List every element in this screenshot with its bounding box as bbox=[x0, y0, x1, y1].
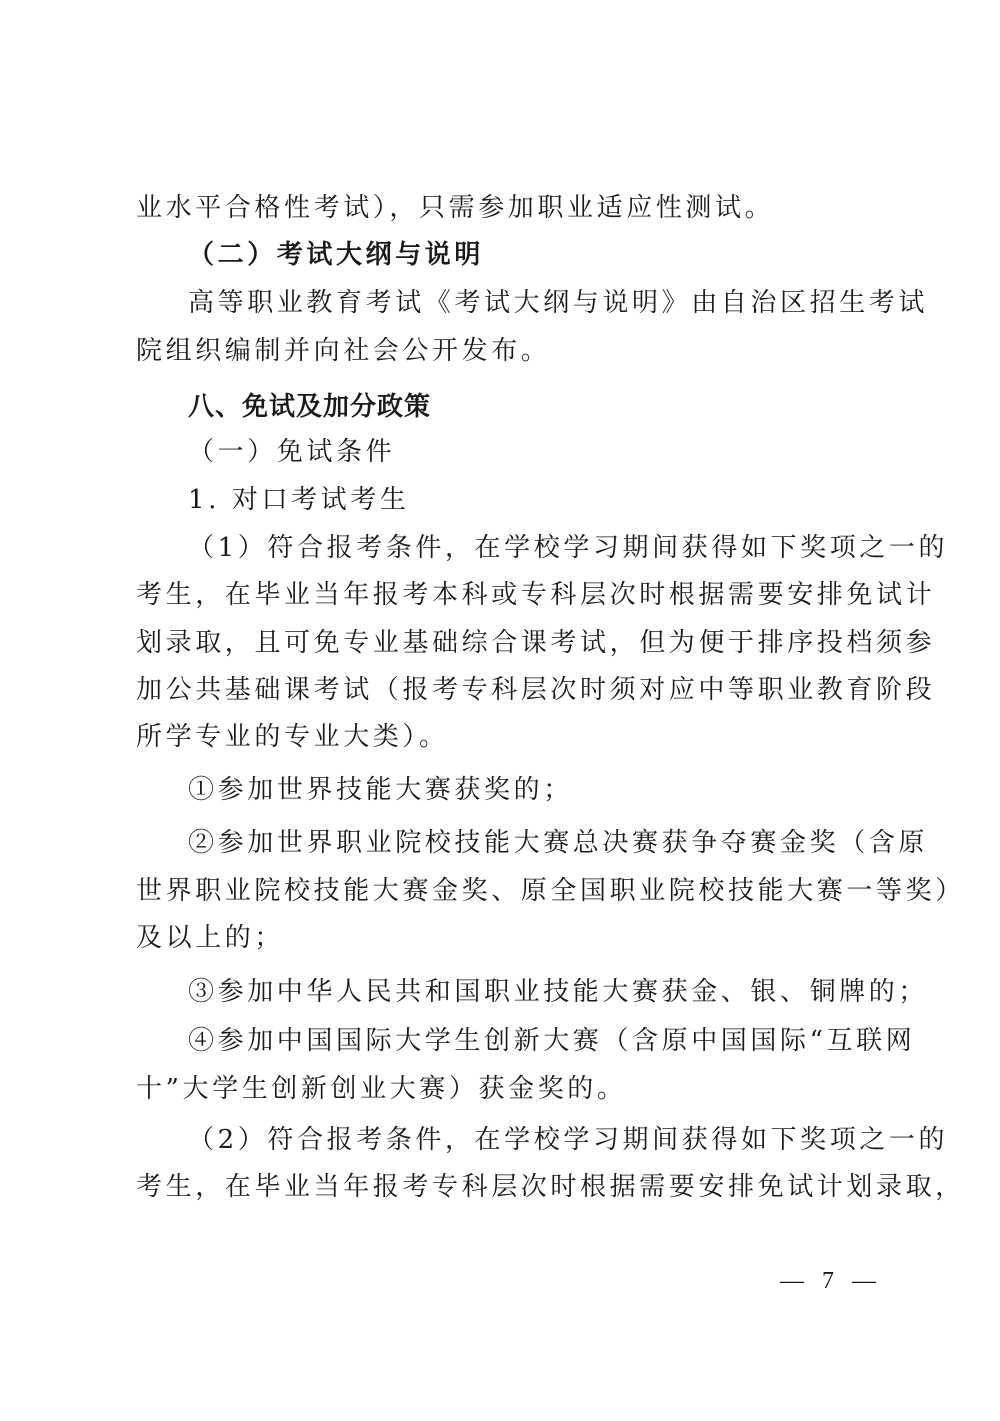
section-heading-exam-syllabus: （二）考试大纲与说明 bbox=[188, 240, 484, 270]
paragraph-line: 及以上的； bbox=[136, 923, 284, 953]
page-number: — 7 — bbox=[780, 1268, 882, 1295]
paragraph-line: 世界职业院校技能大赛金奖、原全国职业院校技能大赛一等奖） bbox=[136, 876, 965, 906]
paragraph-line: 院组织编制并向社会公开发布。 bbox=[136, 336, 550, 366]
list-item: ②参加世界职业院校技能大赛总决赛获争夺赛金奖（含原 bbox=[188, 828, 928, 858]
paragraph-line: 划录取，且可免专业基础综合课考试，但为便于排序投档须参 bbox=[136, 628, 935, 658]
paragraph-line: 十”大学生创新创业大赛）获金奖的。 bbox=[136, 1074, 627, 1104]
section-heading-exemption-conditions: （一）免试条件 bbox=[188, 437, 395, 467]
list-item: ④参加中国国际大学生创新大赛（含原中国国际“互联网 bbox=[188, 1026, 915, 1056]
list-item: ③参加中华人民共和国职业技能大赛获金、银、铜牌的； bbox=[188, 977, 928, 1007]
paragraph-line: 业水平合格性考试），只需参加职业适应性测试。 bbox=[136, 193, 774, 223]
paragraph-line: （1）符合报考条件，在学校学习期间获得如下奖项之一的 bbox=[188, 533, 948, 563]
paragraph-line: 所学专业的专业大类）。 bbox=[136, 722, 449, 752]
paragraph-line: 考生，在毕业当年报考本科或专科层次时根据需要安排免试计 bbox=[136, 580, 935, 610]
paragraph-line: 高等职业教育考试《考试大纲与说明》由自治区招生考试 bbox=[188, 288, 928, 318]
subsection-heading: 1. 对口考试考生 bbox=[188, 485, 409, 515]
paragraph-line: 加公共基础课考试（报考专科层次时须对应中等职业教育阶段 bbox=[136, 675, 935, 705]
list-item: ①参加世界技能大赛获奖的； bbox=[188, 775, 573, 805]
paragraph-line: （2）符合报考条件，在学校学习期间获得如下奖项之一的 bbox=[188, 1125, 948, 1155]
paragraph-line: 考生，在毕业当年报考专科层次时根据需要安排免试计划录取， bbox=[136, 1172, 965, 1202]
chapter-heading-exemption-policy: 八、免试及加分政策 bbox=[188, 392, 431, 422]
